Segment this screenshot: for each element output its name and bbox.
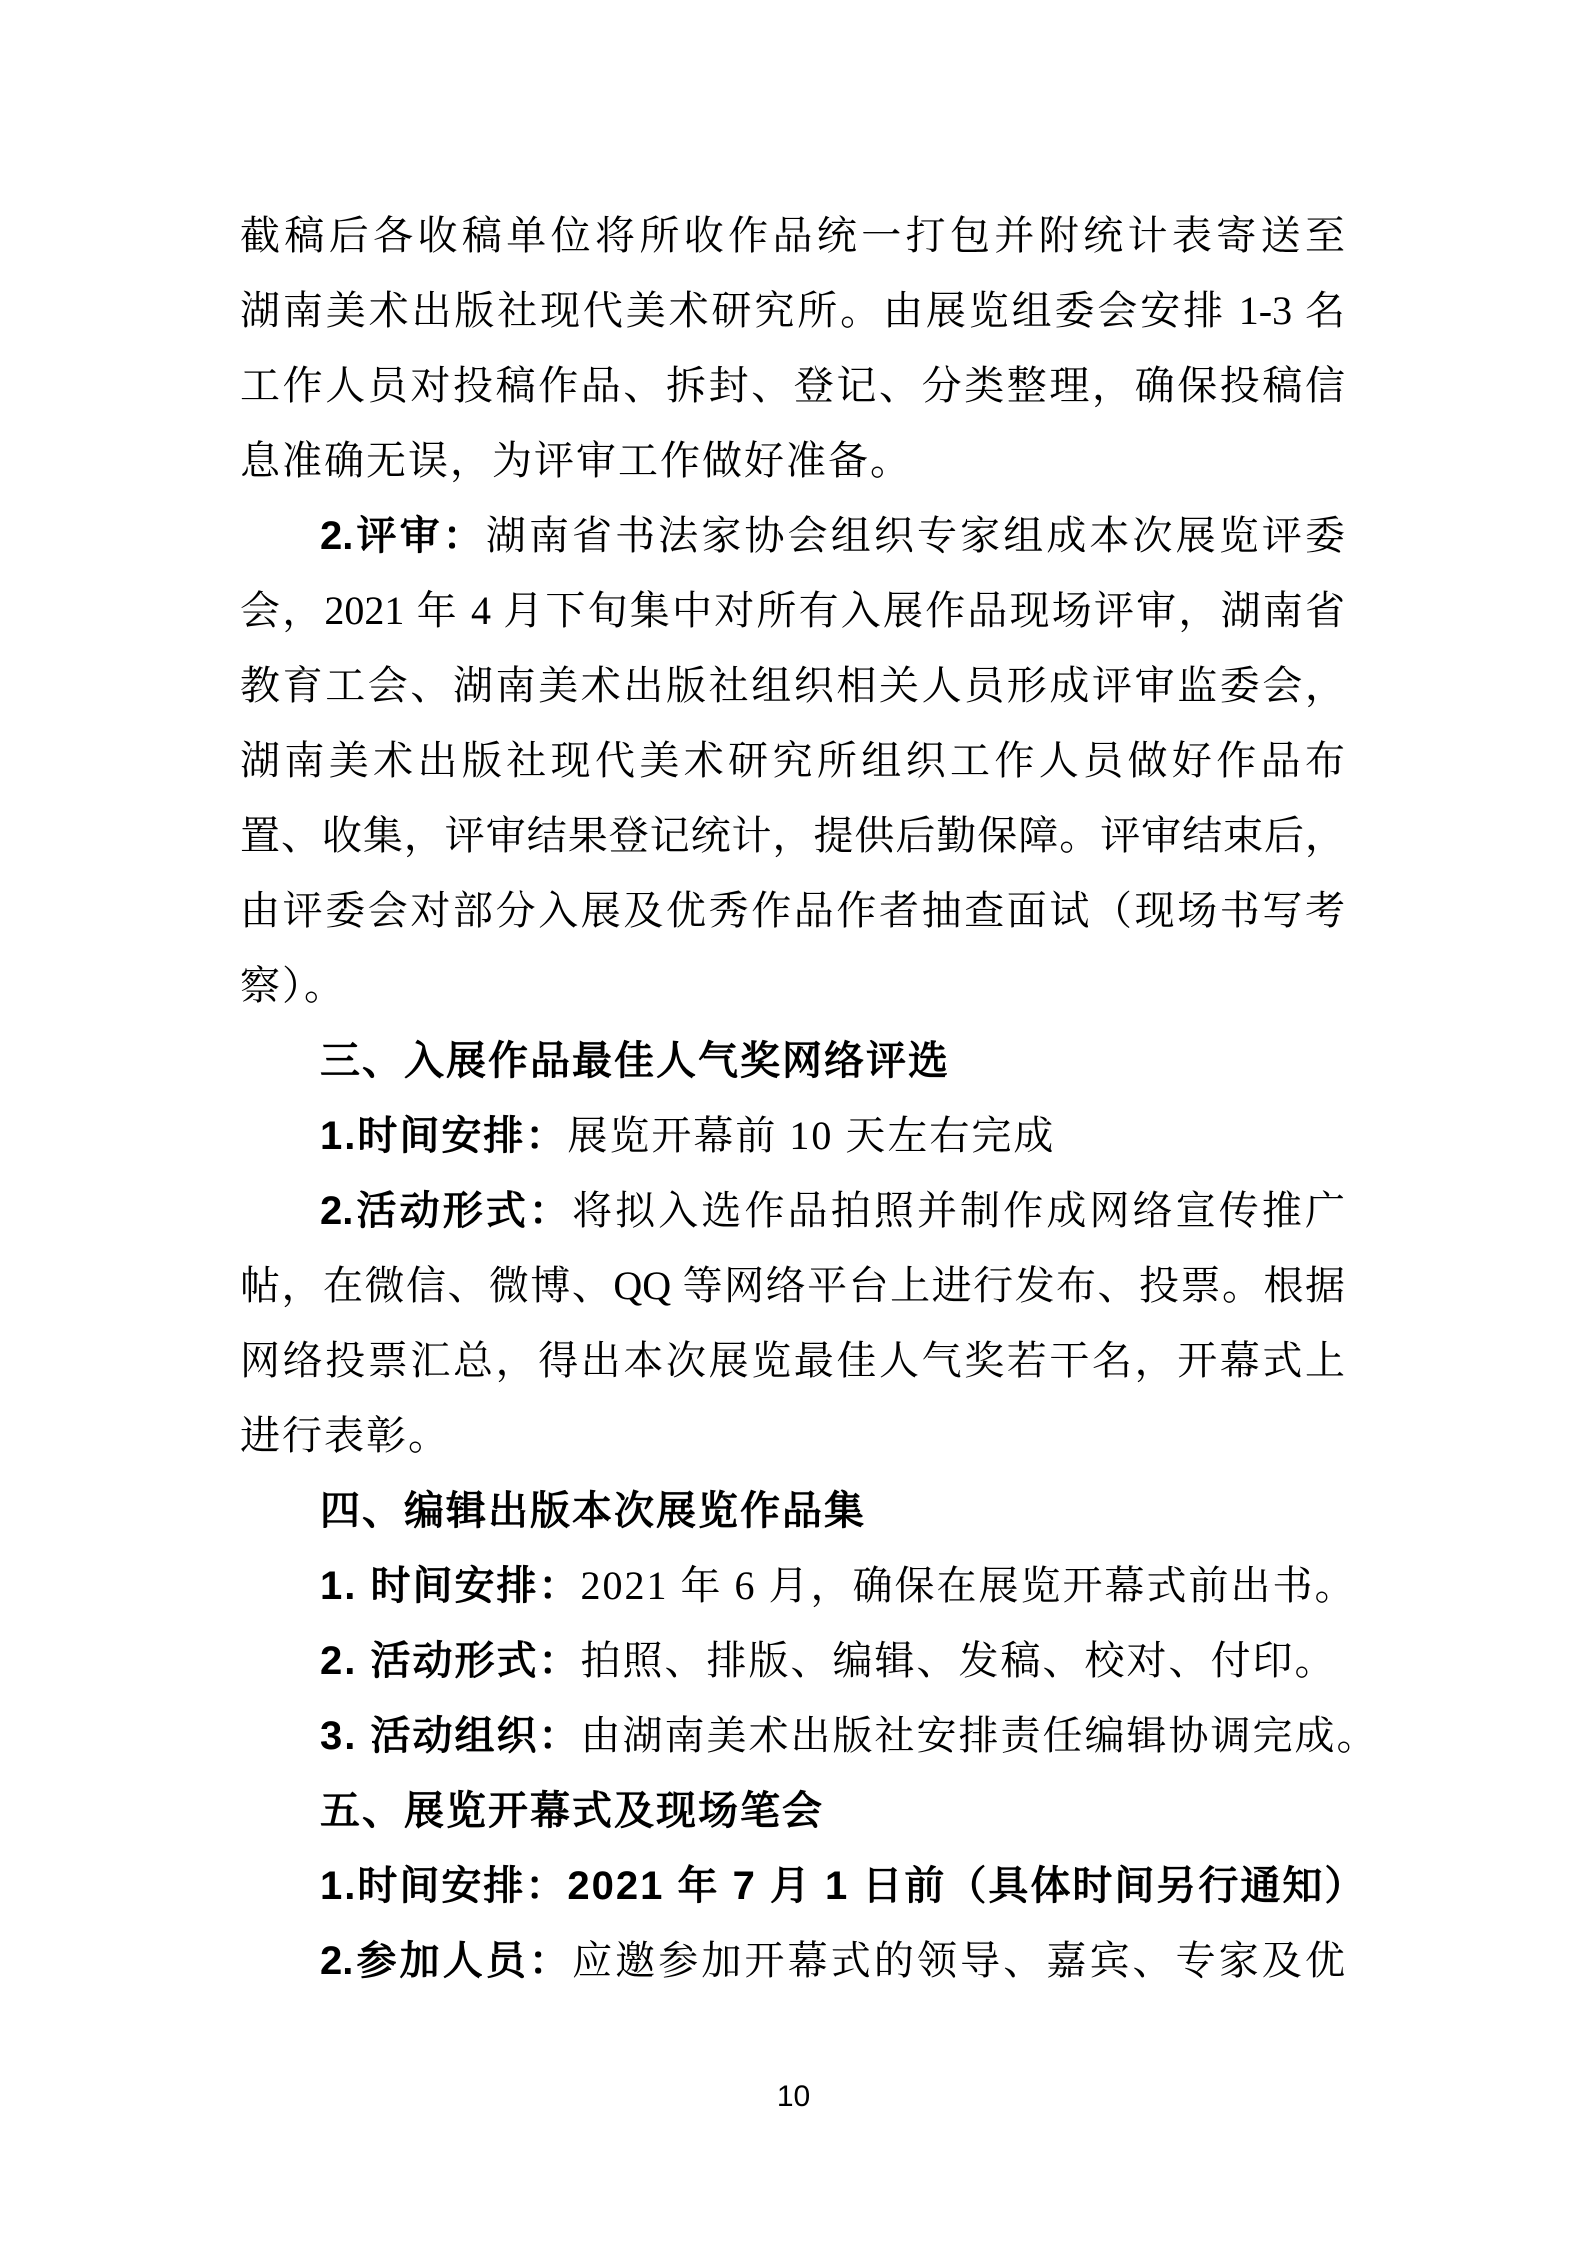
document-page: 截稿后各收稿单位将所收作品统一打包并附统计表寄送至湖南美术出版社现代美术研究所。… [0, 0, 1587, 2245]
text-line: 会，2021 年 4 月下旬集中对所有入展作品现场评审，湖南省 [240, 573, 1345, 648]
text-segment: 湖南省书法家协会组织专家组成本次展览评委 [486, 513, 1345, 558]
text-segment: 将拟入选作品拍照并制作成网络宣传推广 [572, 1188, 1345, 1233]
text-line: 察）。 [240, 948, 1345, 1023]
text-segment: 教育工会、湖南美术出版社组织相关人员形成评审监委会， [240, 663, 1345, 708]
text-line: 息准确无误，为评审工作做好准备。 [240, 423, 1345, 498]
text-segment: 湖南美术出版社现代美术研究所组织工作人员做好作品布 [240, 738, 1345, 783]
page-number: 10 [0, 2080, 1587, 2114]
text-segment: 息准确无误，为评审工作做好准备。 [240, 438, 912, 483]
text-line: 工作人员对投稿作品、拆封、登记、分类整理，确保投稿信 [240, 348, 1345, 423]
text-segment: 察）。 [240, 963, 346, 1008]
bold-label: 1.时间安排： [320, 1114, 567, 1158]
text-segment: 截稿后各收稿单位将所收作品统一打包并附统计表寄送至 [240, 213, 1345, 258]
text-line: 帖，在微信、微博、QQ 等网络平台上进行发布、投票。根据 [240, 1248, 1345, 1323]
text-line: 五、展览开幕式及现场笔会 [240, 1773, 1345, 1848]
text-segment: 由湖南美术出版社安排责任编辑协调完成。 [580, 1713, 1378, 1758]
text-segment: 由评委会对部分入展及优秀作品作者抽查面试（现场书写考 [240, 888, 1345, 933]
text-line: 1.时间安排：展览开幕前 10 天左右完成 [240, 1098, 1345, 1173]
text-segment: 进行表彰。 [240, 1413, 450, 1458]
bold-label: 五、展览开幕式及现场笔会 [320, 1789, 824, 1833]
text-line: 湖南美术出版社现代美术研究所组织工作人员做好作品布 [240, 723, 1345, 798]
bold-label: 3. 活动组织： [320, 1714, 580, 1758]
bold-label: 2.活动形式： [320, 1189, 572, 1233]
text-segment: 工作人员对投稿作品、拆封、登记、分类整理，确保投稿信 [240, 363, 1345, 408]
bold-label: 1.时间安排：2021 年 7 月 1 日前（具体时间另行通知） [320, 1864, 1366, 1908]
text-line: 1. 时间安排：2021 年 6 月，确保在展览开幕式前出书。 [240, 1548, 1345, 1623]
text-segment: 网络投票汇总，得出本次展览最佳人气奖若干名，开幕式上 [240, 1338, 1345, 1383]
text-segment: 应邀参加开幕式的领导、嘉宾、专家及优 [572, 1938, 1345, 1983]
text-segment: 2021 年 6 月，确保在展览开幕式前出书。 [580, 1563, 1356, 1608]
text-line: 三、入展作品最佳人气奖网络评选 [240, 1023, 1345, 1098]
text-segment: 拍照、排版、编辑、发稿、校对、付印。 [580, 1638, 1336, 1683]
text-line: 1.时间安排：2021 年 7 月 1 日前（具体时间另行通知） [240, 1848, 1345, 1923]
text-line: 湖南美术出版社现代美术研究所。由展览组委会安排 1-3 名 [240, 273, 1345, 348]
bold-label: 1. 时间安排： [320, 1564, 580, 1608]
text-line: 2.参加人员：应邀参加开幕式的领导、嘉宾、专家及优 [240, 1923, 1345, 1998]
document-body: 截稿后各收稿单位将所收作品统一打包并附统计表寄送至湖南美术出版社现代美术研究所。… [240, 198, 1345, 1998]
text-segment: 会，2021 年 4 月下旬集中对所有入展作品现场评审，湖南省 [240, 588, 1345, 633]
text-line: 2. 活动形式：拍照、排版、编辑、发稿、校对、付印。 [240, 1623, 1345, 1698]
text-line: 四、编辑出版本次展览作品集 [240, 1473, 1345, 1548]
text-segment: 展览开幕前 10 天左右完成 [567, 1113, 1055, 1158]
bold-label: 三、入展作品最佳人气奖网络评选 [320, 1039, 950, 1083]
text-segment: 帖，在微信、微博、QQ 等网络平台上进行发布、投票。根据 [240, 1263, 1345, 1308]
text-segment: 置、收集，评审结果登记统计，提供后勤保障。评审结束后， [240, 813, 1345, 858]
bold-label: 四、编辑出版本次展览作品集 [320, 1489, 866, 1533]
text-line: 2.评审：湖南省书法家协会组织专家组成本次展览评委 [240, 498, 1345, 573]
text-segment: 湖南美术出版社现代美术研究所。由展览组委会安排 1-3 名 [240, 288, 1345, 333]
text-line: 3. 活动组织：由湖南美术出版社安排责任编辑协调完成。 [240, 1698, 1345, 1773]
text-line: 由评委会对部分入展及优秀作品作者抽查面试（现场书写考 [240, 873, 1345, 948]
text-line: 进行表彰。 [240, 1398, 1345, 1473]
bold-label: 2.参加人员： [320, 1939, 572, 1983]
text-line: 教育工会、湖南美术出版社组织相关人员形成评审监委会， [240, 648, 1345, 723]
text-line: 截稿后各收稿单位将所收作品统一打包并附统计表寄送至 [240, 198, 1345, 273]
bold-label: 2.评审： [320, 514, 486, 558]
text-line: 2.活动形式：将拟入选作品拍照并制作成网络宣传推广 [240, 1173, 1345, 1248]
bold-label: 2. 活动形式： [320, 1639, 580, 1683]
text-line: 网络投票汇总，得出本次展览最佳人气奖若干名，开幕式上 [240, 1323, 1345, 1398]
text-line: 置、收集，评审结果登记统计，提供后勤保障。评审结束后， [240, 798, 1345, 873]
